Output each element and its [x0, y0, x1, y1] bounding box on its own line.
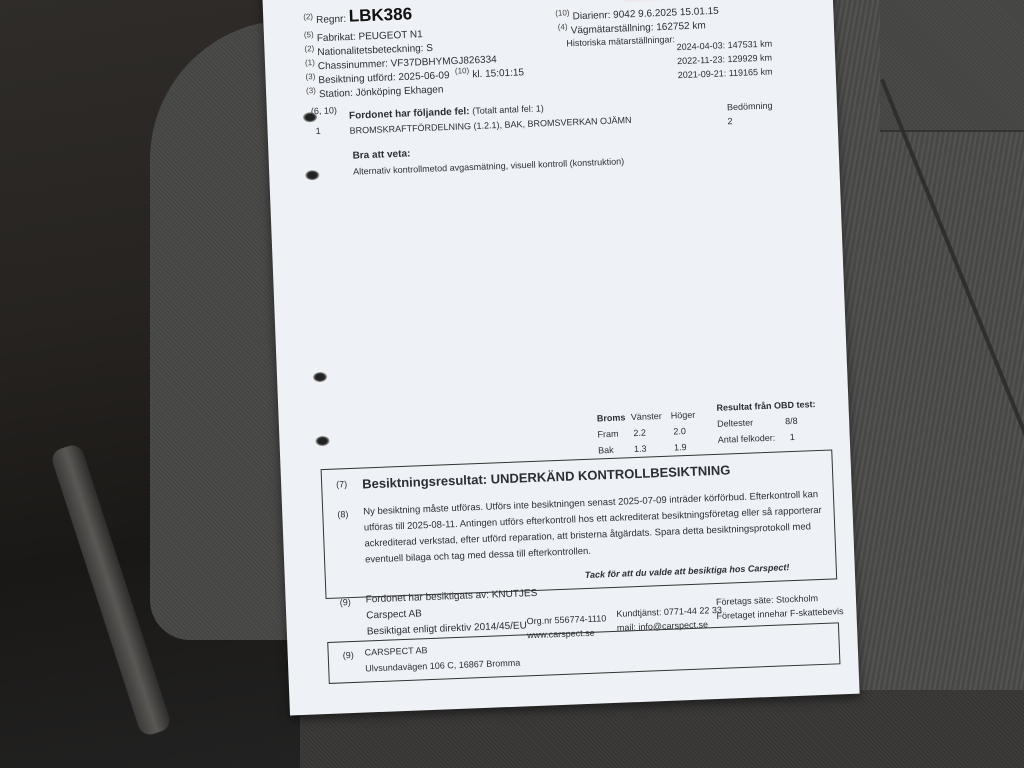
regnr-field: (2)Regnr: LBK386: [303, 4, 413, 28]
fel-item-number: 1: [315, 126, 320, 136]
result-text-ref: (8): [337, 509, 348, 519]
broms-cell: Fram: [597, 429, 618, 440]
inspector-line2: Carspect AB: [366, 608, 422, 621]
obd-cell: 8/8: [785, 416, 798, 426]
punch-hole: [305, 170, 319, 181]
footer-orgnr: Org.nr 556774-1110: [526, 613, 606, 626]
broms-cell: 1.9: [674, 442, 687, 452]
historiska-entry: 2021-09-21: 119165 km: [678, 66, 773, 80]
obd-title: Resultat från OBD test:: [716, 399, 815, 413]
footer-ftax: Företaget innehar F-skattebevis: [716, 606, 843, 621]
seat-backrest: [880, 0, 1024, 132]
bedomning-value: 2: [727, 116, 732, 126]
result-box: (7) Besiktningsresultat: UNDERKÄND KONTR…: [321, 449, 838, 599]
broms-cell: 1.3: [634, 444, 647, 454]
inspection-protocol-document: KONTROLLBESIKTNING (2)Regnr: LBK386 (5)F…: [262, 0, 860, 715]
bra-att-veta-title: Bra att veta:: [352, 148, 410, 161]
regnr-value: LBK386: [348, 4, 412, 25]
footer-ref: (9): [343, 650, 354, 660]
obd-cell: Antal felkoder:: [718, 433, 776, 445]
punch-hole: [315, 436, 329, 447]
historiska-entry: 2024-04-03: 147531 km: [676, 38, 772, 52]
result-text: Ny besiktning måste utföras. Utförs inte…: [363, 487, 825, 569]
broms-cell: 2.0: [673, 426, 686, 436]
footer-address: Ulvsundavägen 106 C, 16867 Bromma: [365, 658, 520, 674]
bedomning-label: Bedömning: [727, 100, 773, 112]
broms-header: Vänster: [631, 411, 662, 422]
fel-ref: (6, 10): [311, 105, 337, 116]
historiska-label: Historiska mätarställningar:: [566, 34, 675, 48]
obd-cell: 1: [790, 432, 795, 442]
obd-cell: Deltester: [717, 417, 753, 428]
result-ref: (7): [336, 479, 347, 489]
broms-cell: 2.2: [633, 428, 646, 438]
inspector-ref: (9): [340, 597, 351, 607]
footer-phone: Kundtjänst: 0771-44 22 33: [616, 605, 722, 619]
broms-cell: Bak: [598, 445, 614, 456]
broms-header: Höger: [671, 410, 696, 421]
document-heading: KONTROLLBESIKTNING: [422, 0, 580, 3]
punch-hole: [313, 372, 327, 383]
broms-header: Broms: [597, 412, 626, 423]
footer-company: CARSPECT AB: [364, 645, 427, 657]
historiska-entry: 2022-11-23: 129929 km: [677, 52, 772, 66]
footer-seat: Företags säte: Stockholm: [716, 593, 818, 607]
result-title: Besiktningsresultat: UNDERKÄND KONTROLLB…: [362, 462, 731, 491]
